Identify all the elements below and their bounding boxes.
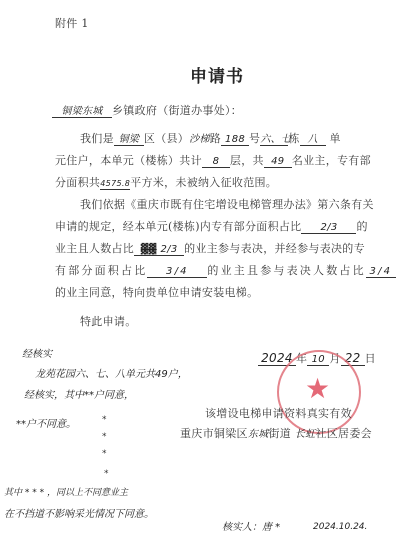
text: 层，共 — [230, 154, 264, 167]
para2-line2: 申请的规定，经本单元(楼栋)内专有部分面积占比2/3的 — [55, 218, 368, 234]
verify-date: 2024.10.24. — [313, 522, 367, 532]
text: 我们是 — [80, 132, 114, 145]
redaction-star: * — [104, 469, 109, 479]
text: 平方米，未被纳入征收范围。 — [130, 176, 277, 189]
ratio4-value: 3/4 — [369, 266, 392, 277]
text: 其中 * * * ，同以上不同意业主 — [4, 488, 128, 498]
verification-line2: 重庆市铜梁区东城街道 长虹社区居委会 — [180, 425, 372, 441]
text: 路 — [210, 132, 221, 145]
road-value: 沙梯 — [189, 134, 210, 145]
text: 有部分面积占比 — [55, 264, 147, 277]
addressee-line: 铜梁东城乡镇政府（街道办事处）： — [52, 102, 242, 118]
addressee-suffix: 乡镇政府（街道办事处）： — [112, 104, 242, 117]
text: 的业主且参与表决人数占比 — [207, 264, 365, 277]
note-verified: 经核实 — [22, 345, 52, 360]
text: 的业主参与表决，并经参与表决的专 — [184, 242, 365, 255]
street-value: 东城 — [248, 429, 269, 440]
closing-text: 特此申请。 — [80, 313, 137, 329]
text: 业主且人数占比 — [55, 242, 134, 255]
note-exception: 其中 * * * ，同以上不同意业主 — [4, 485, 128, 498]
para1-line3: 分面积共4575.8平方米，未被纳入征收范围。 — [55, 174, 277, 190]
text: 号 — [249, 132, 260, 145]
district-value: 铜梁 — [119, 134, 140, 145]
floors-value: 8 — [213, 156, 220, 167]
text: 分面积共 — [55, 176, 100, 189]
note-disagree: **户不同意。 — [16, 415, 76, 430]
note-condition: 在不挡道不影响采光情况下同意。 — [4, 505, 154, 520]
ratio3-value: 3/4 — [166, 266, 189, 277]
redaction-star: * — [102, 449, 107, 459]
community-value: 长虹 — [295, 429, 316, 440]
text: 申请的规定，经本单元(楼栋)内专有部分面积占比 — [55, 220, 301, 233]
para1-line1: 我们是铜梁区（县）沙梯路188号六、七栋八 单 — [80, 130, 341, 146]
page-title: 申请书 — [190, 62, 244, 87]
para2-line1: 我们依据《重庆市既有住宅增设电梯管理办法》第六条有关 — [80, 196, 374, 212]
para2-line5: 的业主同意，特向贵单位申请安装电梯。 — [55, 284, 258, 300]
seal-star-icon: ★ — [305, 372, 330, 405]
para2-line4: 有部分面积占比3/4的业主且参与表决人数占比3/4 — [55, 262, 396, 278]
para2-line3: 业主且人数占比▓▓ 2/3的业主参与表决，并经参与表决的专 — [55, 240, 365, 256]
verifier-signature: 核实人：唐 * — [222, 518, 280, 533]
text: 区（县） — [144, 132, 189, 145]
text: 名业主，专有部 — [292, 154, 371, 167]
verification-line1: 该增设电梯申请资料真实有效 — [205, 405, 352, 421]
text: 社区居委会 — [315, 427, 372, 440]
text: 街道 — [268, 427, 291, 440]
note-households: 龙苑花园六、七、八单元共49户， — [35, 365, 188, 380]
official-seal: ★ — [277, 350, 361, 434]
owners-value: 49 — [271, 156, 284, 167]
text: 的 — [356, 220, 367, 233]
handwritten-town: 铜梁东城 — [61, 106, 102, 117]
attachment-label: 附件 1 — [55, 15, 89, 31]
redaction-star: * — [102, 415, 107, 425]
text: 元住户，本单元（楼栋）共计 — [55, 154, 202, 167]
area-value: 4575.8 — [100, 179, 130, 188]
unit-value: 八 — [308, 134, 318, 145]
note-agree: 经核实，其中**户同意， — [24, 386, 134, 401]
para1-line2: 元住户，本单元（楼栋）共计8层，共49名业主，专有部 — [55, 152, 371, 168]
text: 栋 — [288, 132, 299, 145]
struck-out-mark: ▓▓ — [141, 244, 157, 255]
ratio1-value: 2/3 — [320, 222, 337, 233]
building-value: 六、七 — [260, 134, 291, 145]
number-value: 188 — [225, 134, 245, 145]
redaction-star: * — [102, 432, 107, 442]
ratio2-value: 2/3 — [161, 244, 178, 255]
text: 日 — [365, 352, 376, 365]
text: 重庆市铜梁区 — [180, 427, 248, 440]
text: 单 — [329, 132, 340, 145]
